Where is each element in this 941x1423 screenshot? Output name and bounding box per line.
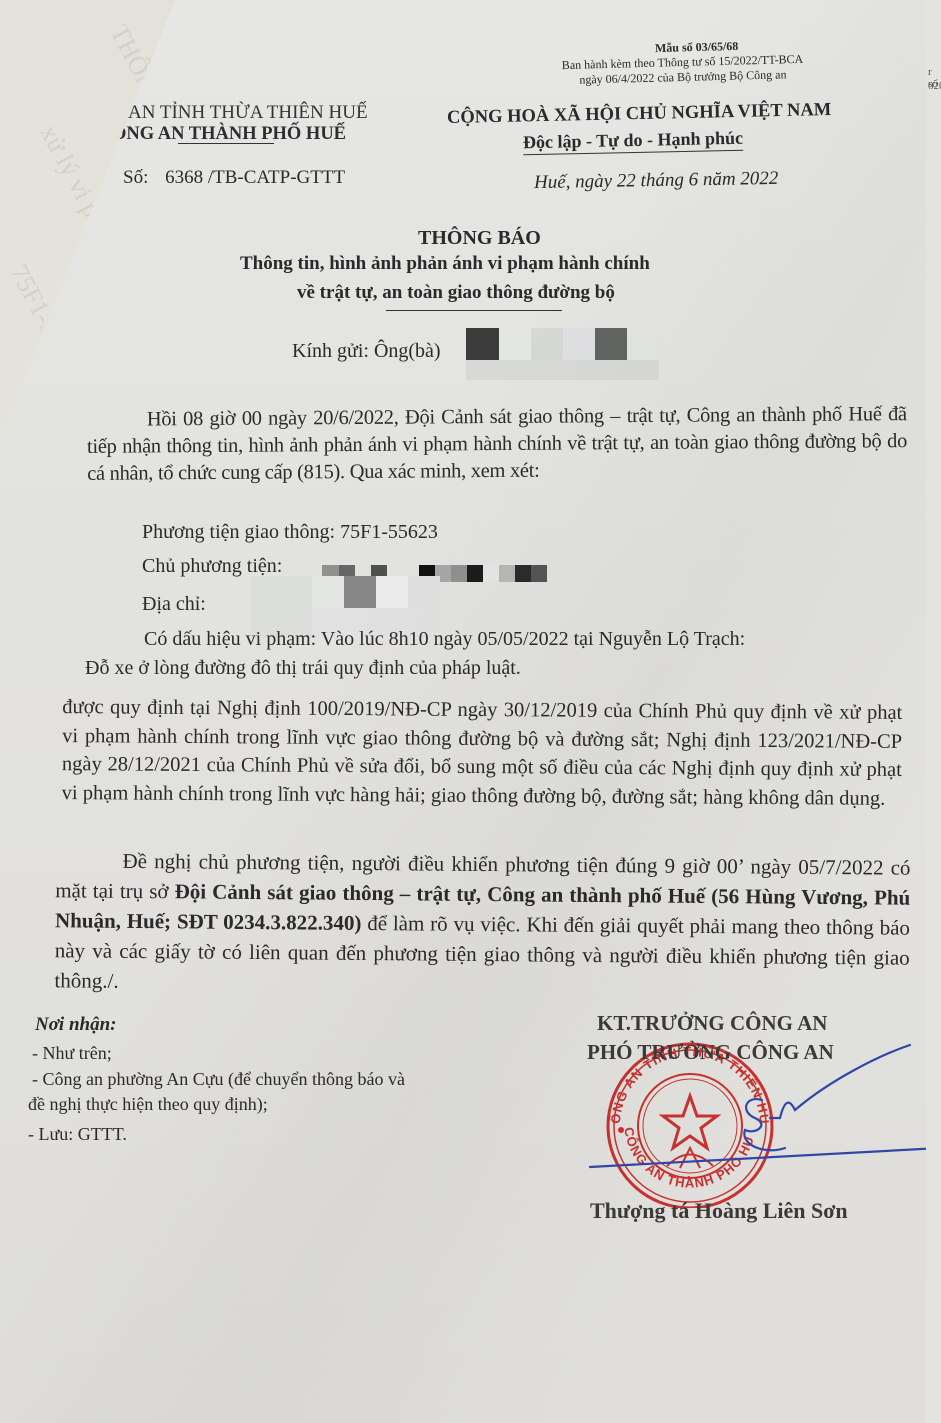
edge-page: r số 020 bbox=[925, 0, 941, 1423]
edge-page-text: 020 bbox=[928, 80, 941, 92]
page-shading bbox=[0, 0, 926, 1423]
